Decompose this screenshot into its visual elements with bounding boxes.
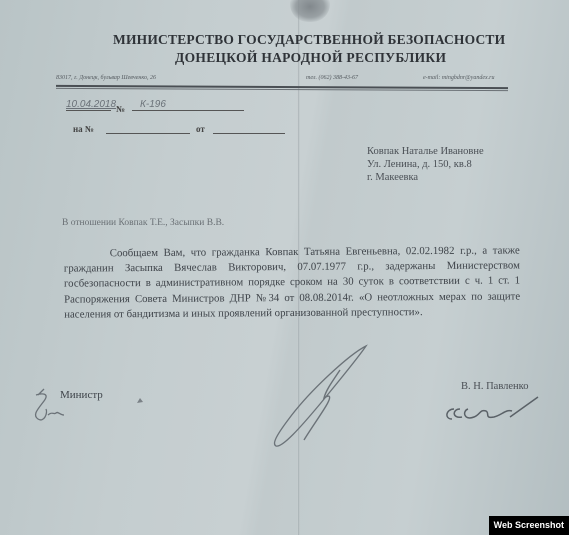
registration-number: К-196 bbox=[132, 99, 244, 111]
letterhead-address: 83017, г. Донецк, бульвар Шевченко, 26 bbox=[56, 75, 156, 81]
addressee-name: Ковпак Наталье Ивановне bbox=[367, 145, 484, 158]
reply-to-label: на № bbox=[73, 124, 94, 134]
letterhead-org-line2: ДОНЕЦКОЙ НАРОДНОЙ РЕСПУБЛИКИ bbox=[175, 50, 446, 66]
letter-body: Сообщаем Вам, что гражданка Ковпак Татья… bbox=[64, 243, 521, 322]
pavlenko-signature-icon bbox=[440, 395, 545, 430]
reply-to-number-blank bbox=[106, 133, 190, 134]
registration-date: 10.04.2018 bbox=[66, 99, 111, 111]
letterhead-email: e-mail: mingbdnr@yandex.ru bbox=[423, 75, 495, 81]
addressee-street: Ул. Ленина, д. 150, кв.8 bbox=[367, 158, 484, 171]
letterhead-phone: тел. (062) 388-43-67 bbox=[306, 75, 358, 81]
letterhead-org-line1: МИНИСТЕРСТВО ГОСУДАРСТВЕННОЙ БЕЗОПАСНОСТ… bbox=[113, 32, 505, 48]
regarding-line: В отношении Ковпак Т.Е., Засыпки В.В. bbox=[62, 218, 224, 228]
coat-of-arms-emblem-icon bbox=[290, 0, 330, 22]
signer-name: В. Н. Павленко bbox=[461, 381, 529, 392]
signer-title: Министр bbox=[60, 389, 103, 401]
addressee-block: Ковпак Наталье Ивановне Ул. Ленина, д. 1… bbox=[367, 145, 484, 184]
registration-number-label: № bbox=[116, 104, 125, 114]
ink-mark-icon bbox=[135, 395, 145, 405]
reply-from-label: от bbox=[196, 124, 205, 134]
addressee-city: г. Макеевка bbox=[367, 171, 484, 184]
minister-signature-icon bbox=[270, 340, 380, 450]
web-screenshot-watermark: Web Screenshot bbox=[489, 516, 569, 535]
reply-from-date-blank bbox=[213, 133, 285, 134]
